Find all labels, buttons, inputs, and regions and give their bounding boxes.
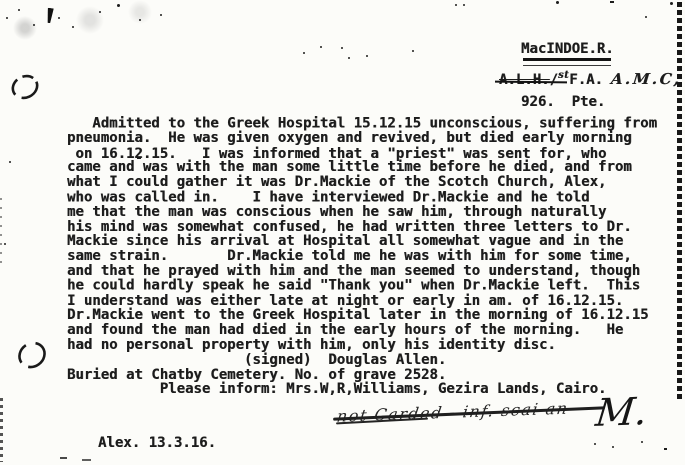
typed-line: who was called in. I have interviewed Dr… — [67, 190, 657, 205]
punch-hole — [9, 72, 43, 102]
document-page: MacINDOE.R. 926. Pte. A.L.H./stF.A. A.M.… — [0, 0, 685, 465]
punch-hole — [15, 339, 51, 371]
typed-line: Mackie since his arrival at Hospital all… — [67, 234, 657, 249]
typed-line: and found the man had died in the early … — [67, 323, 657, 338]
typed-line: me that the man was conscious when he sa… — [67, 205, 657, 220]
scan-smudge — [0, 0, 170, 60]
typed-line: Please inform: Mrs.W,R,Williams, Gezira … — [67, 382, 657, 397]
typed-line: Admitted to the Greek Hospital 15.12.15 … — [67, 117, 657, 132]
scan-edge-artifact — [0, 198, 2, 268]
typed-line: pneumonia. He was given oxygen and reviv… — [67, 131, 657, 146]
typed-line: on 16.12.15. I was informed that a "prie… — [67, 147, 657, 162]
divider-rule — [523, 58, 611, 66]
service-number-rank: 926. Pte. — [521, 94, 614, 112]
unit-typed: F.A. — [569, 72, 603, 88]
scan-edge-artifact — [677, 2, 682, 402]
typed-line: Buried at Chatby Cemetery. No. of grave … — [67, 368, 657, 383]
slash: / — [550, 72, 558, 88]
typed-line: what I could gather it was Dr.Mackie of … — [67, 175, 657, 190]
report-body: Admitted to the Greek Hospital 15.12.15 … — [67, 116, 657, 397]
typed-line: came and was with the man some little ti… — [67, 160, 657, 175]
typed-line: same strain. Dr.Mackie told me he was wi… — [67, 249, 657, 264]
handwritten-initial: M. — [594, 389, 650, 435]
typed-line: he could hardly speak he said "Thank you… — [67, 278, 657, 293]
scan-edge-artifact — [0, 398, 3, 462]
typed-line: (signed) Douglas Allen. — [67, 353, 657, 368]
soldier-name: MacINDOE.R. — [521, 41, 614, 59]
typed-line: had no personal property with him, only … — [67, 338, 657, 353]
typed-line: Dr.Mackie went to the Greek Hospital lat… — [67, 308, 657, 323]
unit-corps-handwritten: A.M.C, — [610, 70, 682, 88]
typed-line: his mind was somewhat confused, he had w… — [67, 220, 657, 235]
place-date: Alex. 13.3.16. — [98, 435, 216, 451]
unit-superscript: st — [558, 70, 569, 81]
unit-line: A.L.H./stF.A. A.M.C, — [499, 70, 682, 88]
typed-line: I understand was either late at night or… — [67, 294, 657, 309]
